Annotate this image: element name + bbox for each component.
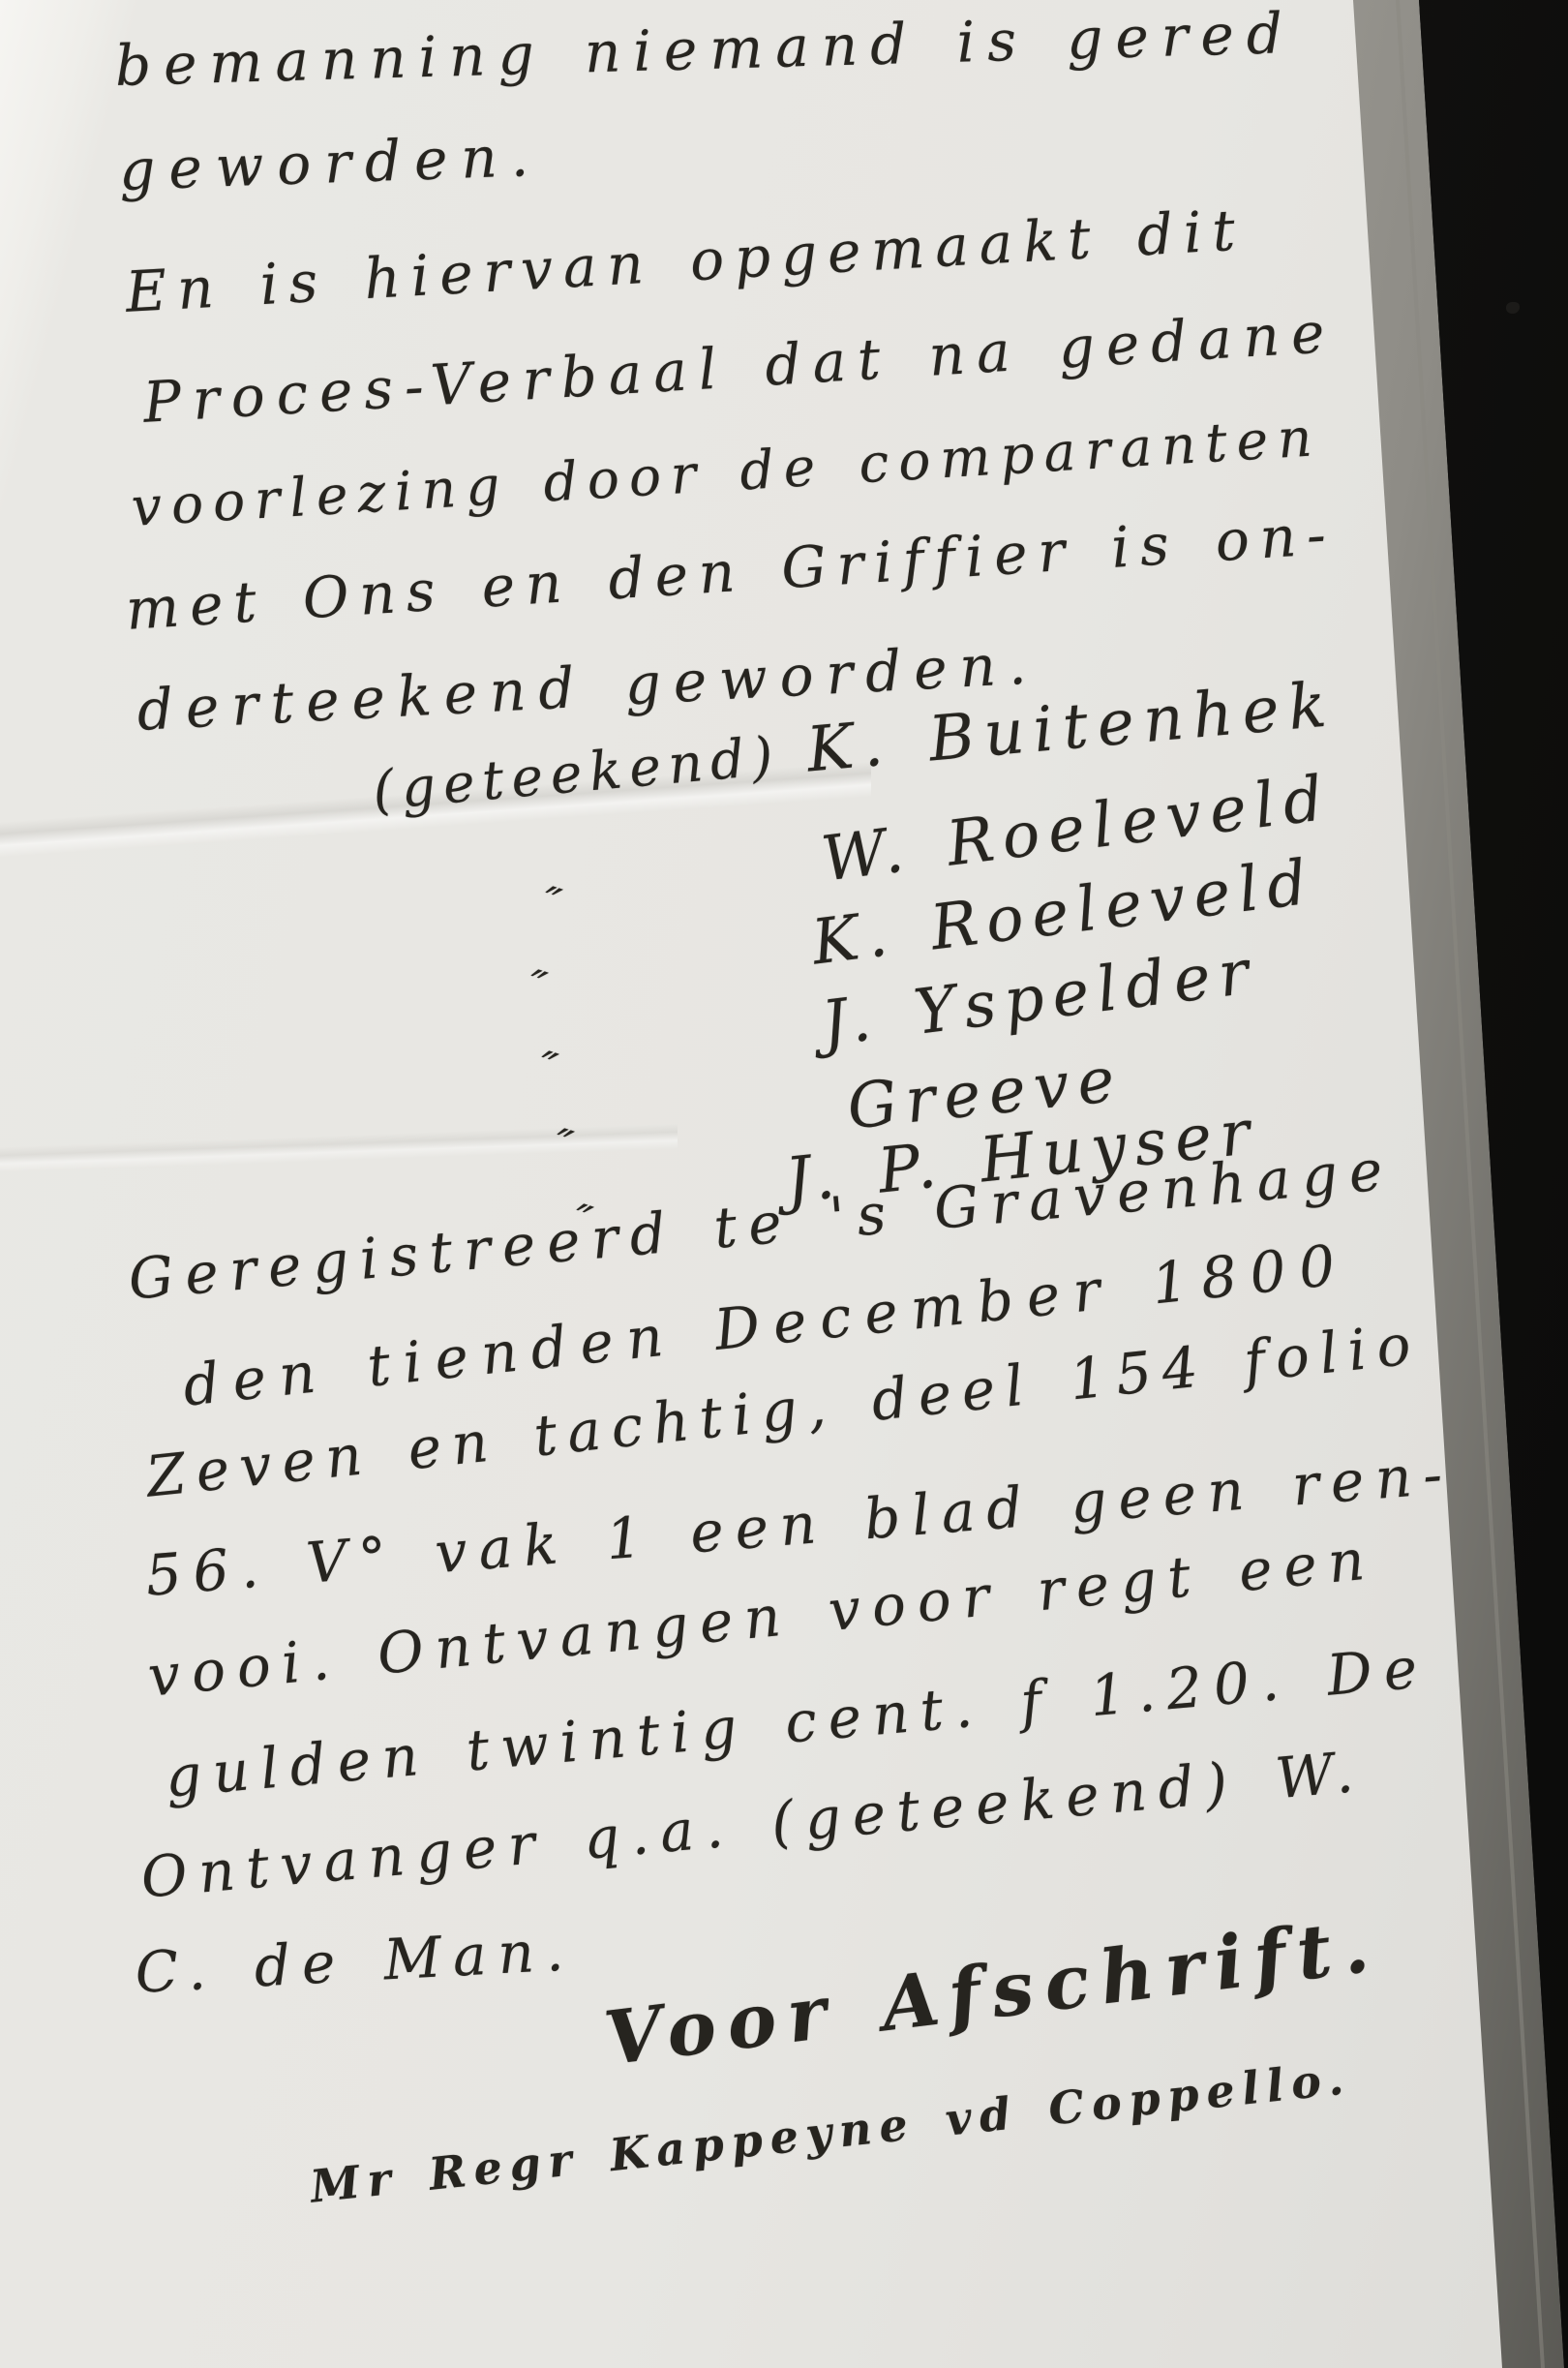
manuscript-photo: bemanning niemand is gered geworden. En … (0, 0, 1568, 2368)
